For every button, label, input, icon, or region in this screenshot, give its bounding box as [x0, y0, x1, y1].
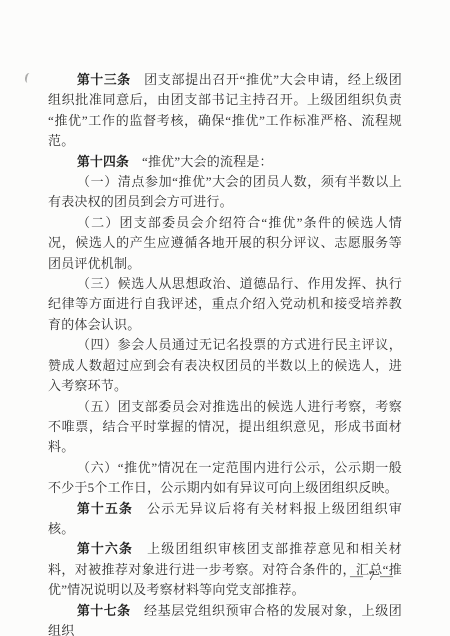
paragraph-article-13: 第十三条 团支部提出召开“推优”大会申请，经上级团组织批准同意后，由团支部书记主… [48, 70, 402, 152]
paragraph-text: （三）候选人从思想政治、道德品行、作用发挥、执行纪律等方面进行自我评述，重点介绍… [48, 276, 402, 332]
paragraph-text: （四）参会人员通过无记名投票的方式进行民主评议，赞成人数超过应到会有表决权团员的… [48, 337, 402, 393]
paragraph-item-3: （三）候选人从思想政治、道德品行、作用发挥、执行纪律等方面进行自我评述，重点介绍… [48, 274, 402, 335]
paragraph-article-17: 第十七条 经基层党组织预审合格的发展对象，上级团组织 [48, 601, 402, 636]
paragraph-item-2: （二）团支部委员会介绍符合“推优”条件的候选人情况，候选人的产生应遵循各地开展的… [48, 213, 402, 274]
paragraph-item-6: （六）“推优”情况在一定范围内进行公示，公示期一般不少于5个工作日，公示期内如有… [48, 458, 402, 499]
paragraph-item-5: （五）团支部委员会对推选出的候选人进行考察，考察不唯票，结合平时掌握的情况，提出… [48, 397, 402, 458]
paragraph-article-16: 第十六条 上级团组织审核团支部推荐意见和相关材料，对被推荐对象进行进一步考察。对… [48, 539, 402, 600]
paragraph-article-14: 第十四条 “推优”大会的流程是： [48, 152, 402, 172]
document-body: 第十三条 团支部提出召开“推优”大会申请，经上级团组织批准同意后，由团支部书记主… [48, 70, 402, 636]
scan-speck-artifact [24, 72, 33, 83]
article-number-label: 第十五条 [77, 501, 147, 516]
paragraph-article-15: 第十五条 公示无异议后将有关材料报上级团组织审核。 [48, 499, 402, 540]
paragraph-text: （五）团支部委员会对推选出的候选人进行考察，考察不唯票，结合平时掌握的情况，提出… [48, 399, 402, 455]
paragraph-text: （一）清点参加“推优”大会的团员人数，须有半数以上有表决权的团员到会方可进行。 [48, 174, 402, 209]
article-number-label: 第十四条 [77, 154, 142, 169]
article-number-label: 第十七条 [77, 603, 144, 618]
page-number: — 7 — [350, 568, 394, 584]
article-number-label: 第十六条 [77, 541, 147, 556]
paragraph-text: （二）团支部委员会介绍符合“推优”条件的候选人情况，候选人的产生应遵循各地开展的… [48, 215, 402, 271]
paragraph-item-4: （四）参会人员通过无记名投票的方式进行民主评议，赞成人数超过应到会有表决权团员的… [48, 335, 402, 396]
paragraph-text: “推优”大会的流程是： [142, 154, 273, 169]
document-page: 第十三条 团支部提出召开“推优”大会申请，经上级团组织批准同意后，由团支部书记主… [0, 0, 450, 636]
article-number-label: 第十三条 [77, 72, 144, 87]
paragraph-item-1: （一）清点参加“推优”大会的团员人数，须有半数以上有表决权的团员到会方可进行。 [48, 172, 402, 213]
paragraph-text: （六）“推优”情况在一定范围内进行公示，公示期一般不少于5个工作日，公示期内如有… [48, 460, 402, 495]
